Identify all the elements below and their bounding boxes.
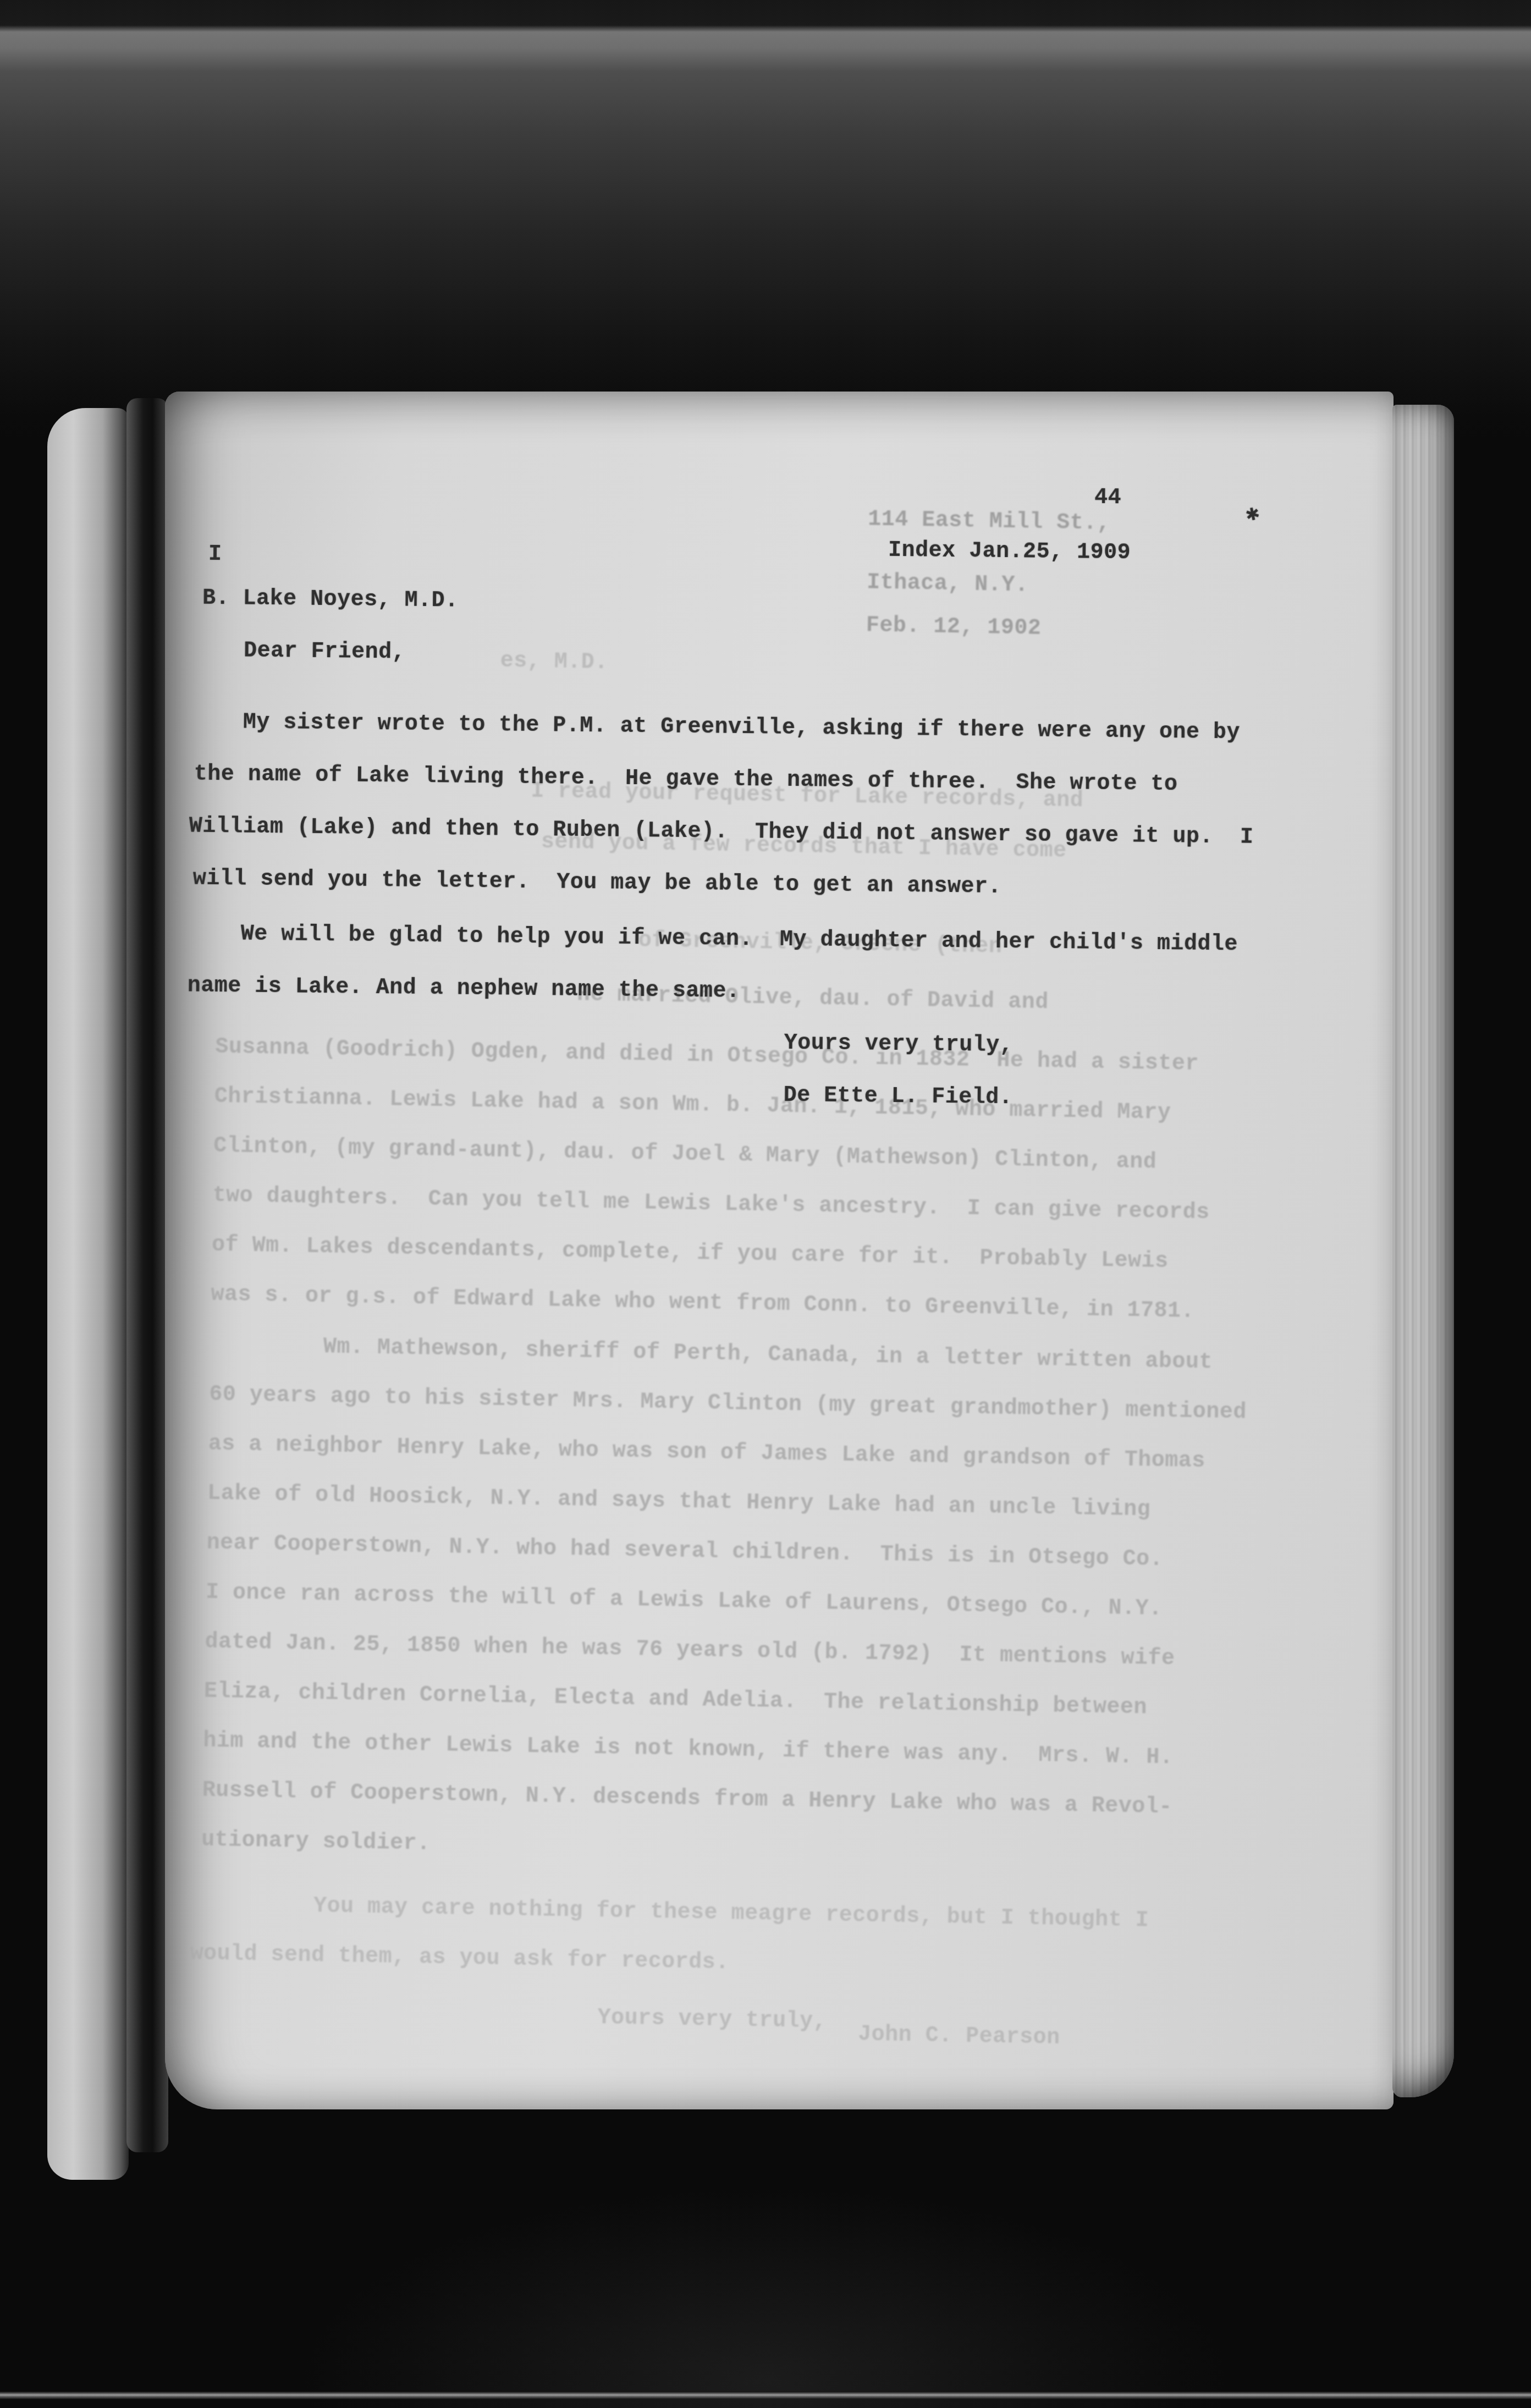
index-date-line: Index Jan.25, 1909	[888, 540, 1131, 565]
pencil-mark: I	[208, 544, 222, 566]
signature-line: De Ette L. Field.	[784, 1085, 1013, 1109]
typed-letter-layer: I 44 ✱ Index Jan.25, 1909 B. Lake Noyes,…	[147, 396, 1394, 2122]
letter-line: My sister wrote to the P.M. at Greenvill…	[243, 712, 1241, 745]
film-frame-edge	[0, 2392, 1531, 2399]
previous-page-edge	[47, 408, 129, 2180]
stacked-page-edges	[1392, 405, 1454, 2097]
letter-line: We will be glad to help you if we can. M…	[241, 923, 1238, 956]
salutation-line: Dear Friend,	[244, 641, 405, 664]
letter-line: the name of Lake living there. He gave t…	[194, 764, 1178, 796]
page-number: 44	[1094, 487, 1121, 510]
microfilm-photo: 114 East Mill St., Ithaca, N.Y. Feb. 12,…	[0, 0, 1531, 2408]
closing-line: Yours very truly,	[784, 1033, 1014, 1057]
letter-line: will send you the letter. You may be abl…	[193, 868, 1002, 899]
letter-line: name is Lake. And a nephew name the same…	[188, 975, 740, 1003]
letter-line: William (Lake) and then to Ruben (Lake).…	[189, 816, 1254, 849]
recipient-line: B. Lake Noyes, M.D.	[202, 588, 459, 613]
ink-smudge-icon: ✱	[1244, 503, 1262, 527]
